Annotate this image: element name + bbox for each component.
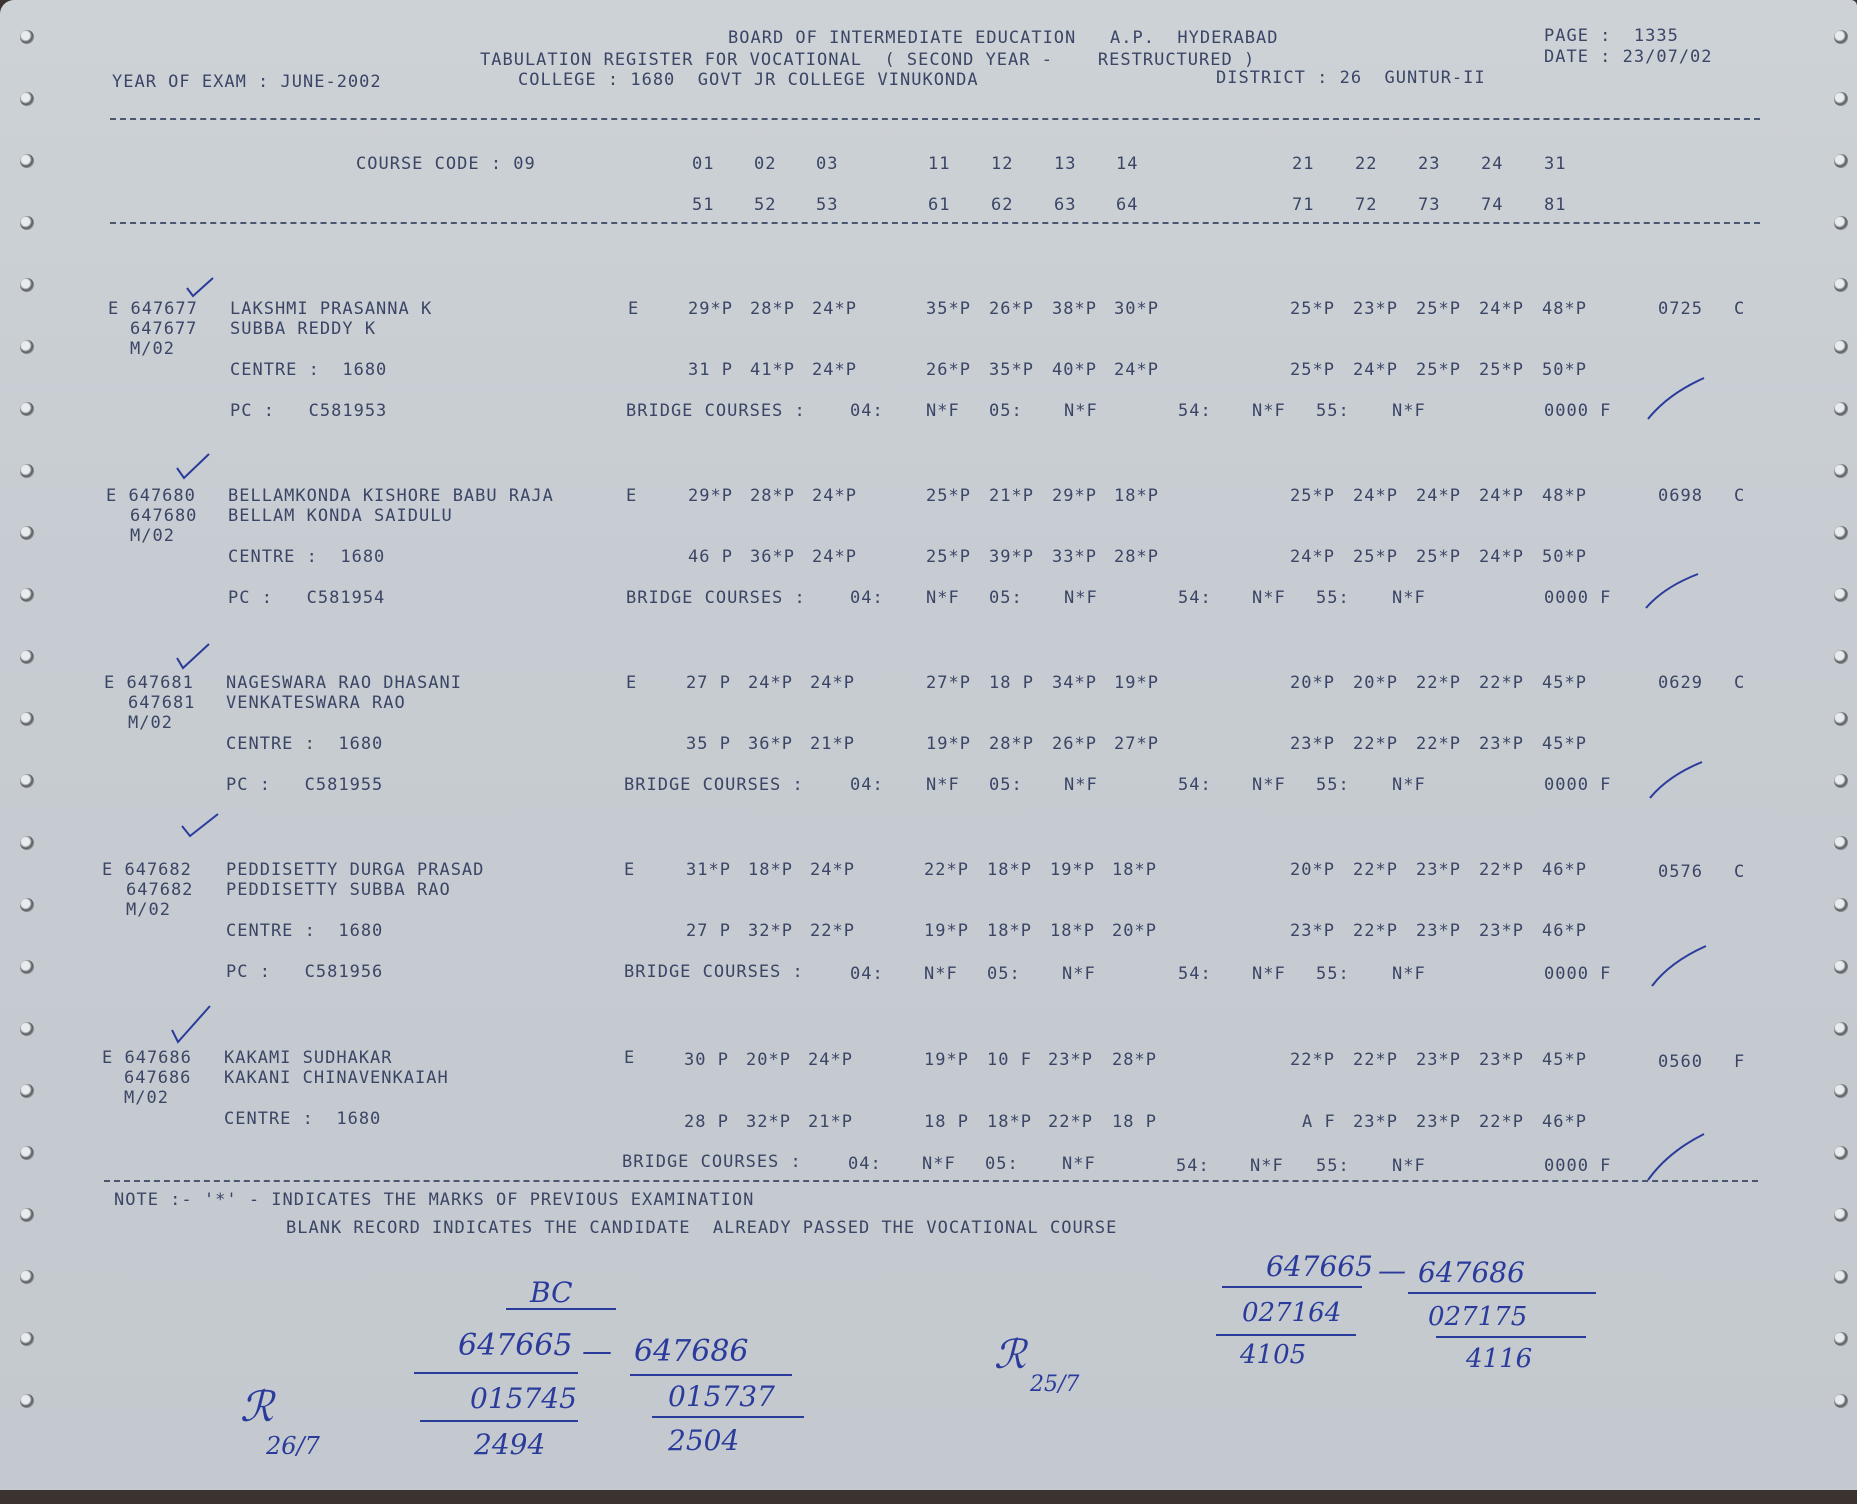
total-marks: 0698: [1658, 486, 1703, 506]
bridge-value: N*F: [926, 588, 960, 608]
tick-stroke-icon: [1646, 376, 1706, 421]
mark: 24*P: [812, 360, 857, 380]
batch: M/02: [130, 339, 175, 359]
mark: 23*P: [1353, 299, 1398, 319]
bridge-label: BRIDGE COURSES :: [624, 775, 804, 795]
mark: 19*P: [1050, 860, 1095, 880]
bridge-total: 0000 F: [1544, 588, 1611, 608]
subject-code: 11: [928, 154, 950, 174]
bridge-code: 55:: [1316, 775, 1350, 795]
mark: 27 P: [686, 673, 731, 693]
centre: CENTRE : 1680: [228, 547, 385, 567]
mark: 20*P: [1290, 860, 1335, 880]
bridge-value: N*F: [1064, 401, 1098, 421]
mark: 22*P: [1416, 734, 1461, 754]
checkmark-icon: [185, 276, 215, 300]
tick-stroke-icon: [1644, 572, 1700, 610]
roll-number: 647677: [130, 319, 197, 339]
mark: 18*P: [1112, 860, 1157, 880]
pc-code: PC : C581954: [228, 588, 385, 608]
total-marks: 0725: [1658, 299, 1703, 319]
subject-code: 24: [1481, 154, 1503, 174]
mark: 25*P: [1290, 486, 1335, 506]
handwritten-range-to: 647686: [1418, 1256, 1525, 1289]
mark: 18*P: [748, 860, 793, 880]
mark: A F: [1302, 1112, 1336, 1132]
college-info: COLLEGE : 1680 GOVT JR COLLEGE VINUKONDA: [518, 70, 979, 90]
mark: 24*P: [812, 486, 857, 506]
mark: 18 P: [1112, 1112, 1157, 1132]
subject-code: 71: [1292, 195, 1314, 215]
bridge-total: 0000 F: [1544, 1156, 1611, 1176]
mark: 30*P: [1114, 299, 1159, 319]
bridge-value: N*F: [1392, 401, 1426, 421]
mark: 24*P: [810, 673, 855, 693]
mark: 28*P: [989, 734, 1034, 754]
mark: 36*P: [748, 734, 793, 754]
mark: 20*P: [1290, 673, 1335, 693]
mark: 22*P: [1353, 860, 1398, 880]
mark: 28*P: [750, 486, 795, 506]
student-name: PEDDISETTY DURGA PRASAD: [226, 860, 484, 880]
medium: E: [628, 299, 639, 319]
mark: 27 P: [686, 921, 731, 941]
bridge-value: N*F: [1064, 775, 1098, 795]
mark: 19*P: [924, 1050, 969, 1070]
result-code: C: [1734, 299, 1745, 319]
bridge-value: N*F: [1392, 775, 1426, 795]
bridge-value: N*F: [1062, 1154, 1096, 1174]
mark: 20*P: [1353, 673, 1398, 693]
bridge-code: 05:: [985, 1154, 1019, 1174]
bridge-value: N*F: [1252, 401, 1286, 421]
subject-code: 12: [991, 154, 1013, 174]
mark: 24*P: [1114, 360, 1159, 380]
register-title: TABULATION REGISTER FOR VOCATIONAL ( SEC…: [480, 50, 1255, 70]
mark: 22*P: [1416, 673, 1461, 693]
tabulation-register-sheet: BOARD OF INTERMEDIATE EDUCATION A.P. HYD…: [0, 0, 1857, 1490]
bridge-label: BRIDGE COURSES :: [624, 962, 804, 982]
bridge-total: 0000 F: [1544, 401, 1611, 421]
mark: 26*P: [1052, 734, 1097, 754]
mark: 41*P: [750, 360, 795, 380]
mark: 23*P: [1416, 860, 1461, 880]
father-name: SUBBA REDDY K: [230, 319, 376, 339]
handwritten-value: 4116: [1466, 1344, 1532, 1374]
checkmark-icon: [175, 452, 211, 482]
mark: 22*P: [1479, 860, 1524, 880]
medium: E: [626, 486, 637, 506]
subject-code: 13: [1054, 154, 1076, 174]
subject-code: 01: [692, 154, 714, 174]
mark: 28*P: [1112, 1050, 1157, 1070]
roll-number: 647680: [130, 506, 197, 526]
mark: 24*P: [812, 299, 857, 319]
mark: 20*P: [746, 1050, 791, 1070]
roll-number: 647686: [124, 1068, 191, 1088]
student-name: LAKSHMI PRASANNA K: [230, 299, 432, 319]
mark: 21*P: [810, 734, 855, 754]
mark: 24*P: [1353, 486, 1398, 506]
print-date: DATE : 23/07/02: [1544, 47, 1713, 67]
student-name: BELLAMKONDA KISHORE BABU RAJA: [228, 486, 554, 506]
bridge-value: N*F: [1392, 588, 1426, 608]
subject-code: 72: [1355, 195, 1377, 215]
mark: 46*P: [1542, 1112, 1587, 1132]
bridge-code: 04:: [850, 401, 884, 421]
mark: 40*P: [1052, 360, 1097, 380]
mark: 50*P: [1542, 360, 1587, 380]
subject-code: 23: [1418, 154, 1440, 174]
mark: 18*P: [1050, 921, 1095, 941]
hall-ticket-number: E 647677: [108, 299, 198, 319]
subject-code: 21: [1292, 154, 1314, 174]
bridge-value: N*F: [926, 775, 960, 795]
mark: 29*P: [688, 299, 733, 319]
mark: 48*P: [1542, 299, 1587, 319]
bridge-code: 54:: [1178, 401, 1212, 421]
mark: 18*P: [987, 921, 1032, 941]
mark: 25*P: [1479, 360, 1524, 380]
mark: 21*P: [808, 1112, 853, 1132]
mark: 46*P: [1542, 860, 1587, 880]
bridge-value: N*F: [1252, 964, 1286, 984]
mark: 28 P: [684, 1112, 729, 1132]
subject-code: 74: [1481, 195, 1503, 215]
father-name: PEDDISETTY SUBBA RAO: [226, 880, 451, 900]
father-name: KAKANI CHINAVENKAIAH: [224, 1068, 449, 1088]
subject-code: 64: [1116, 195, 1138, 215]
bridge-code: 05:: [989, 775, 1023, 795]
bridge-value: N*F: [924, 964, 958, 984]
pc-code: PC : C581953: [230, 401, 387, 421]
mark: 23*P: [1416, 1050, 1461, 1070]
total-marks: 0560: [1658, 1052, 1703, 1072]
centre: CENTRE : 1680: [230, 360, 387, 380]
mark: 27*P: [926, 673, 971, 693]
divider: [110, 222, 1760, 224]
bridge-label: BRIDGE COURSES :: [626, 401, 806, 421]
mark: 18 P: [989, 673, 1034, 693]
district-info: DISTRICT : 26 GUNTUR-II: [1216, 68, 1486, 88]
mark: 32*P: [748, 921, 793, 941]
mark: 23*P: [1479, 1050, 1524, 1070]
bridge-code: 55:: [1316, 1156, 1350, 1176]
mark: 45*P: [1542, 1050, 1587, 1070]
hall-ticket-number: E 647686: [102, 1048, 192, 1068]
bridge-code: 54:: [1178, 775, 1212, 795]
signature-date: 25/7: [1030, 1372, 1079, 1397]
handwritten-value: 2494: [474, 1428, 545, 1461]
bridge-code: 54:: [1176, 1156, 1210, 1176]
mark: 24*P: [748, 673, 793, 693]
mark: 35*P: [989, 360, 1034, 380]
mark: 46*P: [1542, 921, 1587, 941]
mark: 26*P: [926, 360, 971, 380]
father-name: VENKATESWARA RAO: [226, 693, 406, 713]
mark: 34*P: [1052, 673, 1097, 693]
subject-code: 14: [1116, 154, 1138, 174]
mark: 23*P: [1416, 1112, 1461, 1132]
bridge-value: N*F: [1064, 588, 1098, 608]
medium: E: [624, 1048, 635, 1068]
handwritten-value: 027175: [1428, 1302, 1527, 1332]
bridge-code: 04:: [850, 588, 884, 608]
centre: CENTRE : 1680: [224, 1109, 381, 1129]
bridge-value: N*F: [922, 1154, 956, 1174]
handwritten-value: 015745: [470, 1382, 577, 1415]
bridge-value: N*F: [1250, 1156, 1284, 1176]
centre: CENTRE : 1680: [226, 921, 383, 941]
mark: 24*P: [1479, 299, 1524, 319]
subject-code: 03: [816, 154, 838, 174]
mark: 25*P: [1290, 360, 1335, 380]
mark: 35 P: [686, 734, 731, 754]
handwritten-bc: BC: [530, 1276, 573, 1309]
divider: [110, 118, 1760, 120]
mark: 48*P: [1542, 486, 1587, 506]
mark: 24*P: [1353, 360, 1398, 380]
mark: 23*P: [1353, 1112, 1398, 1132]
mark: 21*P: [989, 486, 1034, 506]
bridge-code: 05:: [987, 964, 1021, 984]
handwritten-range-from: 647665: [1266, 1250, 1373, 1283]
handwritten-value: 027164: [1242, 1298, 1341, 1328]
subject-code: 02: [754, 154, 776, 174]
mark: 23*P: [1290, 921, 1335, 941]
mark: 22*P: [1048, 1112, 1093, 1132]
mark: 31 P: [688, 360, 733, 380]
total-marks: 0576: [1658, 862, 1703, 882]
bridge-code: 55:: [1316, 588, 1350, 608]
medium: E: [626, 673, 637, 693]
mark: 19*P: [1114, 673, 1159, 693]
course-code-label: COURSE CODE : 09: [356, 154, 536, 174]
bridge-code: 05:: [989, 588, 1023, 608]
pc-code: PC : C581955: [226, 775, 383, 795]
bridge-value: N*F: [1392, 1156, 1426, 1176]
subject-code: 51: [692, 195, 714, 215]
note-line: NOTE :- '*' - INDICATES THE MARKS OF PRE…: [114, 1190, 754, 1210]
bridge-label: BRIDGE COURSES :: [622, 1152, 802, 1172]
mark: 29*P: [688, 486, 733, 506]
checkmark-icon: [180, 810, 220, 838]
mark: 25*P: [1416, 547, 1461, 567]
mark: 25*P: [1416, 360, 1461, 380]
subject-code: 81: [1544, 195, 1566, 215]
mark: 22*P: [1353, 921, 1398, 941]
mark: 18*P: [987, 860, 1032, 880]
batch: M/02: [128, 713, 173, 733]
mark: 22*P: [1290, 1050, 1335, 1070]
page-number: PAGE : 1335: [1544, 26, 1679, 46]
bridge-code: 04:: [848, 1154, 882, 1174]
mark: 23*P: [1479, 734, 1524, 754]
mark: 18*P: [1114, 486, 1159, 506]
handwritten-value: 4105: [1240, 1340, 1306, 1370]
mark: 23*P: [1290, 734, 1335, 754]
mark: 24*P: [808, 1050, 853, 1070]
mark: 33*P: [1052, 547, 1097, 567]
tick-stroke-icon: [1646, 1132, 1706, 1182]
mark: 26*P: [989, 299, 1034, 319]
mark: 18*P: [987, 1112, 1032, 1132]
student-name: NAGESWARA RAO DHASANI: [226, 673, 462, 693]
mark: 45*P: [1542, 734, 1587, 754]
mark: 22*P: [924, 860, 969, 880]
mark: 39*P: [989, 547, 1034, 567]
mark: 19*P: [924, 921, 969, 941]
mark: 24*P: [1416, 486, 1461, 506]
mark: 36*P: [750, 547, 795, 567]
mark: 31*P: [686, 860, 731, 880]
checkmark-icon: [170, 1004, 212, 1044]
result-code: C: [1734, 673, 1745, 693]
roll-number: 647682: [126, 880, 193, 900]
signature-initial: ℛ: [994, 1332, 1026, 1378]
mark: 29*P: [1052, 486, 1097, 506]
subject-code: 61: [928, 195, 950, 215]
mark: 10 F: [987, 1050, 1032, 1070]
mark: 45*P: [1542, 673, 1587, 693]
bridge-value: N*F: [1062, 964, 1096, 984]
mark: 24*P: [1479, 547, 1524, 567]
mark: 19*P: [926, 734, 971, 754]
bridge-code: 05:: [989, 401, 1023, 421]
subject-code: 73: [1418, 195, 1440, 215]
bridge-code: 04:: [850, 964, 884, 984]
bridge-code: 04:: [850, 775, 884, 795]
mark: 23*P: [1479, 921, 1524, 941]
bridge-value: N*F: [1392, 964, 1426, 984]
batch: M/02: [130, 526, 175, 546]
divider: [104, 1180, 1758, 1182]
bridge-value: N*F: [1252, 588, 1286, 608]
mark: 22*P: [1353, 734, 1398, 754]
subject-code: 53: [816, 195, 838, 215]
subject-code: 63: [1054, 195, 1076, 215]
mark: 22*P: [810, 921, 855, 941]
student-name: KAKAMI SUDHAKAR: [224, 1048, 393, 1068]
subject-code: 22: [1355, 154, 1377, 174]
year-of-exam: YEAR OF EXAM : JUNE-2002: [112, 72, 382, 92]
note-line: BLANK RECORD INDICATES THE CANDIDATE ALR…: [286, 1218, 1117, 1238]
bridge-code: 54:: [1178, 588, 1212, 608]
mark: 25*P: [1353, 547, 1398, 567]
bridge-value: N*F: [1252, 775, 1286, 795]
bridge-code: 54:: [1178, 964, 1212, 984]
mark: 28*P: [750, 299, 795, 319]
mark: 20*P: [1112, 921, 1157, 941]
subject-code: 52: [754, 195, 776, 215]
handwritten-value: 015737: [668, 1380, 775, 1413]
board-title: BOARD OF INTERMEDIATE EDUCATION A.P. HYD…: [728, 28, 1279, 48]
hall-ticket-number: E 647680: [106, 486, 196, 506]
mark: 30 P: [684, 1050, 729, 1070]
result-code: C: [1734, 862, 1745, 882]
mark: 50*P: [1542, 547, 1587, 567]
mark: 24*P: [812, 547, 857, 567]
roll-number: 647681: [128, 693, 195, 713]
batch: M/02: [126, 900, 171, 920]
centre: CENTRE : 1680: [226, 734, 383, 754]
mark: 38*P: [1052, 299, 1097, 319]
mark: 18 P: [924, 1112, 969, 1132]
father-name: BELLAM KONDA SAIDULU: [228, 506, 453, 526]
bridge-code: 55:: [1316, 401, 1350, 421]
mark: 24*P: [810, 860, 855, 880]
hall-ticket-number: E 647682: [102, 860, 192, 880]
bridge-code: 55:: [1316, 964, 1350, 984]
mark: 32*P: [746, 1112, 791, 1132]
mark: 22*P: [1479, 1112, 1524, 1132]
handwritten-range-to: 647686: [634, 1334, 749, 1369]
mark: 23*P: [1048, 1050, 1093, 1070]
subject-code: 31: [1544, 154, 1566, 174]
mark: 46 P: [688, 547, 733, 567]
batch: M/02: [124, 1088, 169, 1108]
mark: 25*P: [926, 547, 971, 567]
mark: 25*P: [926, 486, 971, 506]
result-code: C: [1734, 486, 1745, 506]
mark: 22*P: [1353, 1050, 1398, 1070]
mark: 24*P: [1479, 486, 1524, 506]
subject-code: 62: [991, 195, 1013, 215]
bridge-total: 0000 F: [1544, 775, 1611, 795]
mark: 27*P: [1114, 734, 1159, 754]
mark: 35*P: [926, 299, 971, 319]
handwritten-value: 2504: [668, 1424, 739, 1457]
handwritten-range-from: 647665: [458, 1328, 573, 1363]
mark: 25*P: [1416, 299, 1461, 319]
tick-stroke-icon: [1648, 760, 1704, 800]
mark: 24*P: [1290, 547, 1335, 567]
bridge-value: N*F: [926, 401, 960, 421]
total-marks: 0629: [1658, 673, 1703, 693]
result-code: F: [1734, 1052, 1745, 1072]
bridge-label: BRIDGE COURSES :: [626, 588, 806, 608]
mark: 25*P: [1290, 299, 1335, 319]
tick-stroke-icon: [1650, 944, 1708, 988]
signature-date: 26/7: [266, 1432, 320, 1460]
mark: 28*P: [1114, 547, 1159, 567]
hall-ticket-number: E 647681: [104, 673, 194, 693]
signature-initial: ℛ: [240, 1382, 274, 1431]
mark: 22*P: [1479, 673, 1524, 693]
bridge-total: 0000 F: [1544, 964, 1611, 984]
medium: E: [624, 860, 635, 880]
checkmark-icon: [175, 642, 211, 670]
pc-code: PC : C581956: [226, 962, 383, 982]
mark: 23*P: [1416, 921, 1461, 941]
